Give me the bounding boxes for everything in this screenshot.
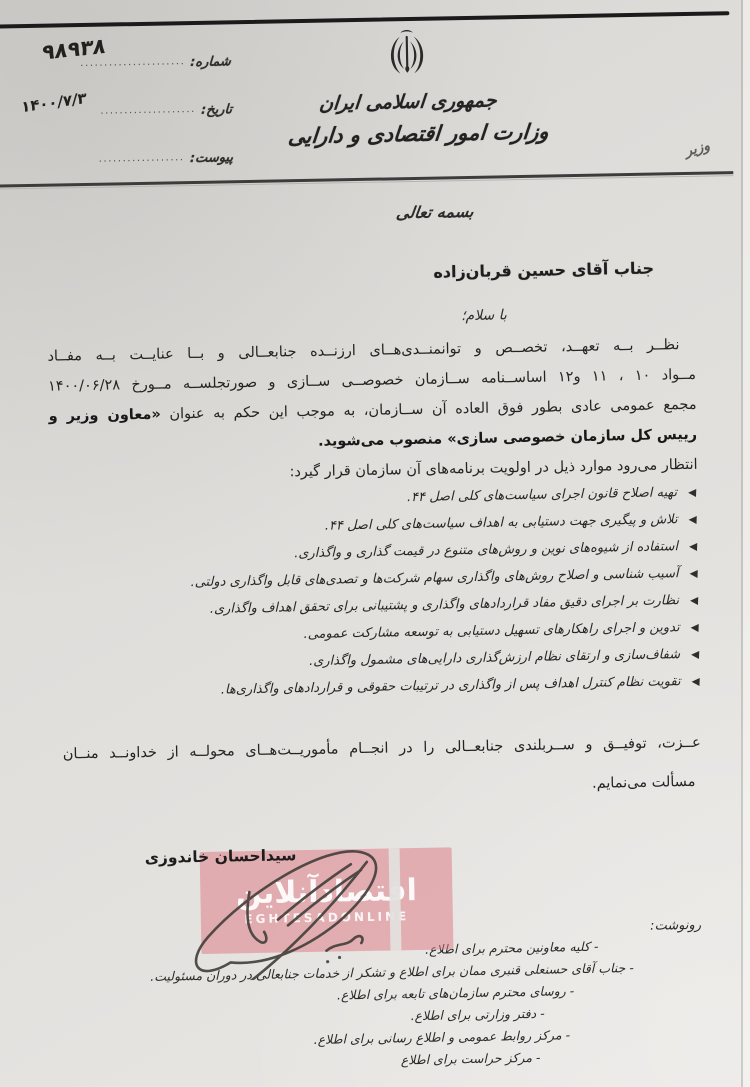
country-title: جمهوری اسلامی ایران <box>72 85 744 119</box>
priority-text: شفاف‌سازی و ارتقای نظام ارزش‌گذاری دارای… <box>309 647 680 669</box>
arrow-bullet-icon <box>690 624 698 632</box>
priority-item: نظارت بر اجرای دقیق مفاد قراردادهای واگذ… <box>42 591 700 623</box>
priority-item: تدوین و اجرای راهکارهای تسهیل دستیابی به… <box>43 618 701 650</box>
signature-name: سیداحسان خاندوزی <box>145 846 297 867</box>
priority-text: تلاش و پیگیری جهت دستیابی به اهداف سیاست… <box>325 512 678 533</box>
attachment-row: پیوست: .................. <box>18 146 234 198</box>
priority-item: شفاف‌سازی و ارتقای نظام ارزش‌گذاری دارای… <box>43 645 701 677</box>
priority-item: تقویت نظام کنترل اهداف پس از واگذاری در … <box>44 672 702 704</box>
appointment-title-bold: «معاون وزیر و <box>48 407 161 425</box>
ministry-title: وزارت امور اقتصادی و دارایی <box>73 116 745 152</box>
arrow-bullet-icon <box>691 678 699 686</box>
closing-line: مسألت می‌نمایم. <box>63 767 701 809</box>
priority-item: استفاده از شیوه‌های نوین و روش‌های متنوع… <box>41 537 699 569</box>
minister-title: وزیر <box>683 138 711 160</box>
letterhead: جمهوری اسلامی ایران وزارت امور اقتصادی و… <box>72 21 744 152</box>
letter-sheet: شماره: ...................... ۹۸۹۳۸ تاری… <box>0 0 750 1087</box>
arrow-bullet-icon <box>688 489 696 497</box>
body-paragraph: نظــر بــه تعهــد، تخصــص و توانمنــدی‌ه… <box>47 330 698 492</box>
besmellah: بسمه تعالی <box>124 197 746 227</box>
cc-item: - روسای محترم سازمان‌های تابعه برای اطلا… <box>39 983 574 1009</box>
cc-item: - مرکز حراست برای اطلاع <box>40 1050 540 1075</box>
attachment-dots: .................. <box>99 152 185 165</box>
priority-text: آسیب شناسی و اصلاح روش‌های واگذاری سهام … <box>190 566 678 590</box>
arrow-bullet-icon <box>689 543 697 551</box>
iran-emblem-icon <box>384 27 431 84</box>
arrow-bullet-icon <box>691 651 699 659</box>
closing-paragraph: عــزت، توفیــق و ســربلندی جنابعــالی را… <box>63 728 702 809</box>
attachment-label: پیوست: <box>189 150 233 166</box>
priority-item: آسیب شناسی و اصلاح روش‌های واگذاری سهام … <box>42 564 700 596</box>
priority-text: نظارت بر اجرای دقیق مفاد قراردادهای واگذ… <box>210 593 680 617</box>
scanned-letter-page: { "header": { "number_label": "شماره:", … <box>0 0 750 1087</box>
priority-text: تقویت نظام کنترل اهداف پس از واگذاری در … <box>221 674 681 697</box>
priorities-list: تهیه اصلاح قانون اجرای سیاست‌های کلی اصل… <box>40 483 702 711</box>
priority-text: تهیه اصلاح قانون اجرای سیاست‌های کلی اصل… <box>407 485 677 505</box>
arrow-bullet-icon <box>688 516 696 524</box>
priority-item: تلاش و پیگیری جهت دستیابی به اهداف سیاست… <box>41 510 699 542</box>
priority-text: استفاده از شیوه‌های نوین و روش‌های متنوع… <box>294 539 678 561</box>
cc-item: - دفتر وزارتی برای اطلاع. <box>40 1006 545 1031</box>
closing-line: عــزت، توفیــق و ســربلندی جنابعــالی را… <box>63 728 701 770</box>
paragraph-text: مجمع عمومی عادی بطور فوق العاده آن ســاز… <box>161 397 697 423</box>
arrow-bullet-icon <box>690 597 698 605</box>
salutation: با سلام؛ <box>461 307 507 324</box>
arrow-bullet-icon <box>689 570 697 578</box>
cc-item: - مرکز روابط عمومی و اطلاع رسانی برای اط… <box>40 1027 570 1053</box>
addressee: جناب آقای حسین قربان‌زاده <box>433 259 654 282</box>
priority-text: تدوین و اجرای راهکارهای تسهیل دستیابی به… <box>303 620 679 642</box>
